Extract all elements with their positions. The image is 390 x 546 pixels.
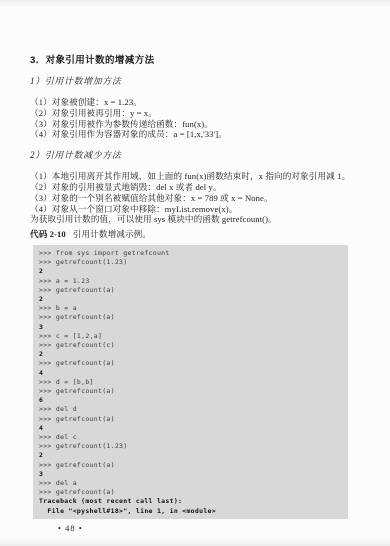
- code-line: >>> d = [b,b]: [39, 378, 342, 387]
- code-line: >>> getrefcount(a): [39, 488, 342, 497]
- note-line: 为获取引用计数的值，可以使用 sys 模块中的函数 getrefcount()。: [30, 214, 360, 225]
- list-item: （1）本地引用离开其作用域，如上面的 fun(x)函数结束时，x 指向的对象引用…: [30, 171, 360, 182]
- code-line: >>> del a: [39, 479, 342, 488]
- code-line: 2: [39, 295, 342, 304]
- section-heading: 3．对象引用计数的增减方法: [30, 52, 360, 66]
- code-line: File "<pyshell#18>", line 1, in <module>: [39, 507, 342, 516]
- decrease-items-list: （1）本地引用离开其作用域，如上面的 fun(x)函数结束时，x 指向的对象引用…: [30, 171, 360, 214]
- code-line: >>> from sys import getrefcount: [39, 249, 342, 258]
- code-line: >>> getrefcount(a): [39, 461, 342, 470]
- code-line: >>> b = a: [39, 304, 342, 313]
- code-line: >>> c = [1,2,a]: [39, 332, 342, 341]
- code-caption: 代码 2-10引用计数增减示例。: [30, 229, 360, 240]
- code-line: 6: [39, 396, 342, 405]
- code-line: >>> getrefcount(c): [39, 341, 342, 350]
- code-line: >>> getrefcount(a): [39, 359, 342, 368]
- code-line: 2: [39, 350, 342, 359]
- code-line: Traceback (most recent call last):: [39, 497, 342, 506]
- list-item: （4）对象引用作为容器对象的成员：a = [1,x,'33']。: [30, 129, 360, 140]
- list-item: （2）对象的引用被显式地销毁：del x 或者 del y。: [30, 182, 360, 193]
- list-item: （3）对象的一个别名被赋值给其他对象：x = 789 或 x = None。: [30, 193, 360, 204]
- list-item: （4）对象从一个窗口对象中移除：myList.remove(x)。: [30, 204, 360, 215]
- subsection-increase-heading: 1）引用计数增加方法: [30, 74, 360, 87]
- code-caption-text: 引用计数增减示例。: [73, 229, 151, 239]
- code-line: >>> getrefcount(a): [39, 387, 342, 396]
- code-line: >>> getrefcount(1.23): [39, 258, 342, 267]
- list-item: （1）对象被创建：x = 1.23。: [30, 97, 360, 108]
- list-item: （3）对象引用被作为参数传递给函数：fun(x)。: [30, 119, 360, 130]
- code-line: >>> del c: [39, 433, 342, 442]
- code-line: >>> a = 1.23: [39, 277, 342, 286]
- code-line: >>> getrefcount(a): [39, 286, 342, 295]
- code-line: 4: [39, 369, 342, 378]
- code-line: >>> del d: [39, 405, 342, 414]
- list-item: （2）对象引用被再引用：y = x。: [30, 108, 360, 119]
- book-page: 3．对象引用计数的增减方法 1）引用计数增加方法 （1）对象被创建：x = 1.…: [0, 0, 390, 546]
- code-block: >>> from sys import getrefcount >>> getr…: [33, 245, 348, 519]
- code-line: 3: [39, 470, 342, 479]
- code-line: >>> getrefcount(1.23): [39, 442, 342, 451]
- code-line: 2: [39, 451, 342, 460]
- code-line: 3: [39, 323, 342, 332]
- code-caption-label: 代码 2-10: [30, 229, 66, 239]
- code-line: 2: [39, 267, 342, 276]
- subsection-decrease-heading: 2）引用计数减少方法: [30, 148, 360, 161]
- page-content: 3．对象引用计数的增减方法 1）引用计数增加方法 （1）对象被创建：x = 1.…: [0, 0, 390, 533]
- page-number: • 48 •: [58, 523, 360, 533]
- code-line: 4: [39, 424, 342, 433]
- increase-items-list: （1）对象被创建：x = 1.23。 （2）对象引用被再引用：y = x。 （3…: [30, 97, 360, 140]
- code-line: >>> getrefcount(a): [39, 415, 342, 424]
- code-line: >>> getrefcount(a): [39, 313, 342, 322]
